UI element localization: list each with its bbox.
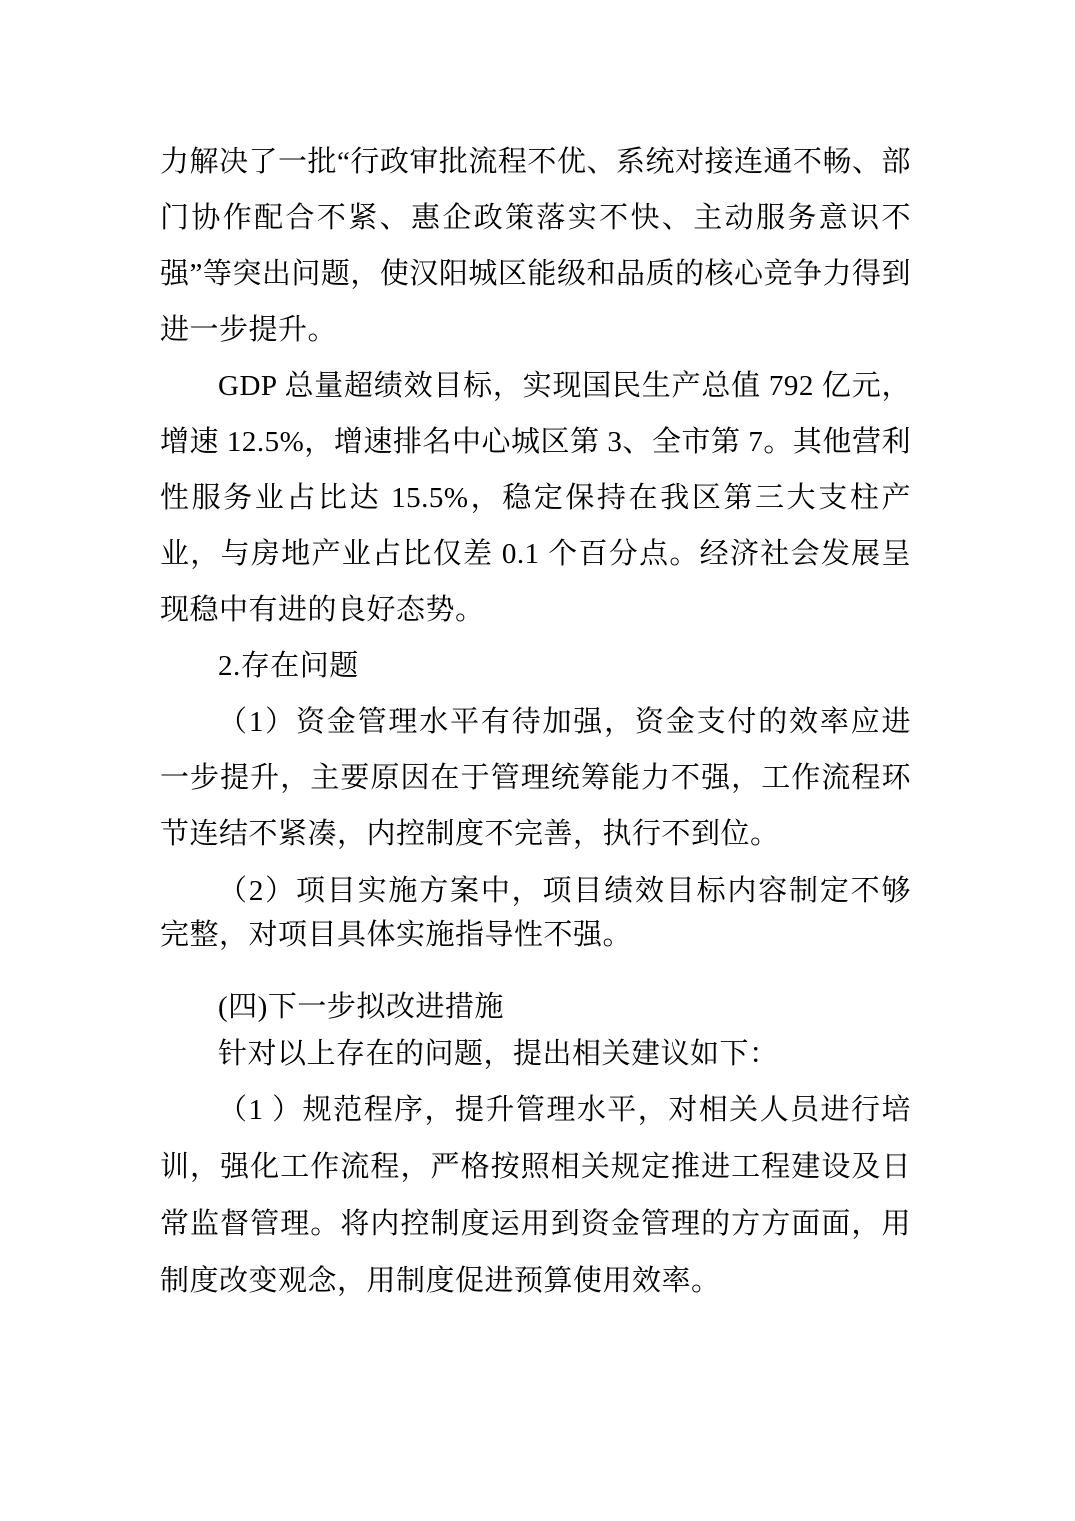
paragraph-suggestions-intro: 针对以上存在的问题，提出相关建议如下： [160,1031,911,1078]
paragraph-measure-1-standardize-procedures: （1 ）规范程序，提升管理水平，对相关人员进行培训，强化工作流程，严格按照相关规… [160,1082,911,1310]
paragraph-gdp-performance: GDP 总量超绩效目标，实现国民生产总值 792 亿元，增速 12.5%，增速排… [160,358,911,638]
paragraph-problem-1-fund-management: （1）资金管理水平有待加强，资金支付的效率应进一步提升，主要原因在于管理统筹能力… [160,694,911,862]
heading-next-step-improvement-measures: (四)下一步拟改进措施 [160,984,911,1031]
paragraph-continued-from-previous-page: 力解决了一批“行政审批流程不优、系统对接连通不畅、部门协作配合不紧、惠企政策落实… [160,134,911,358]
document-page: 力解决了一批“行政审批流程不优、系统对接连通不畅、部门协作配合不紧、惠企政策落实… [0,0,1075,1521]
document-body: 力解决了一批“行政审批流程不优、系统对接连通不畅、部门协作配合不紧、惠企政策落实… [160,134,911,1310]
heading-existing-problems: 2.存在问题 [160,638,911,694]
paragraph-problem-2-project-plan: （2）项目实施方案中，项目绩效目标内容制定不够完整，对项目具体实施指导性不强。 [160,869,911,957]
